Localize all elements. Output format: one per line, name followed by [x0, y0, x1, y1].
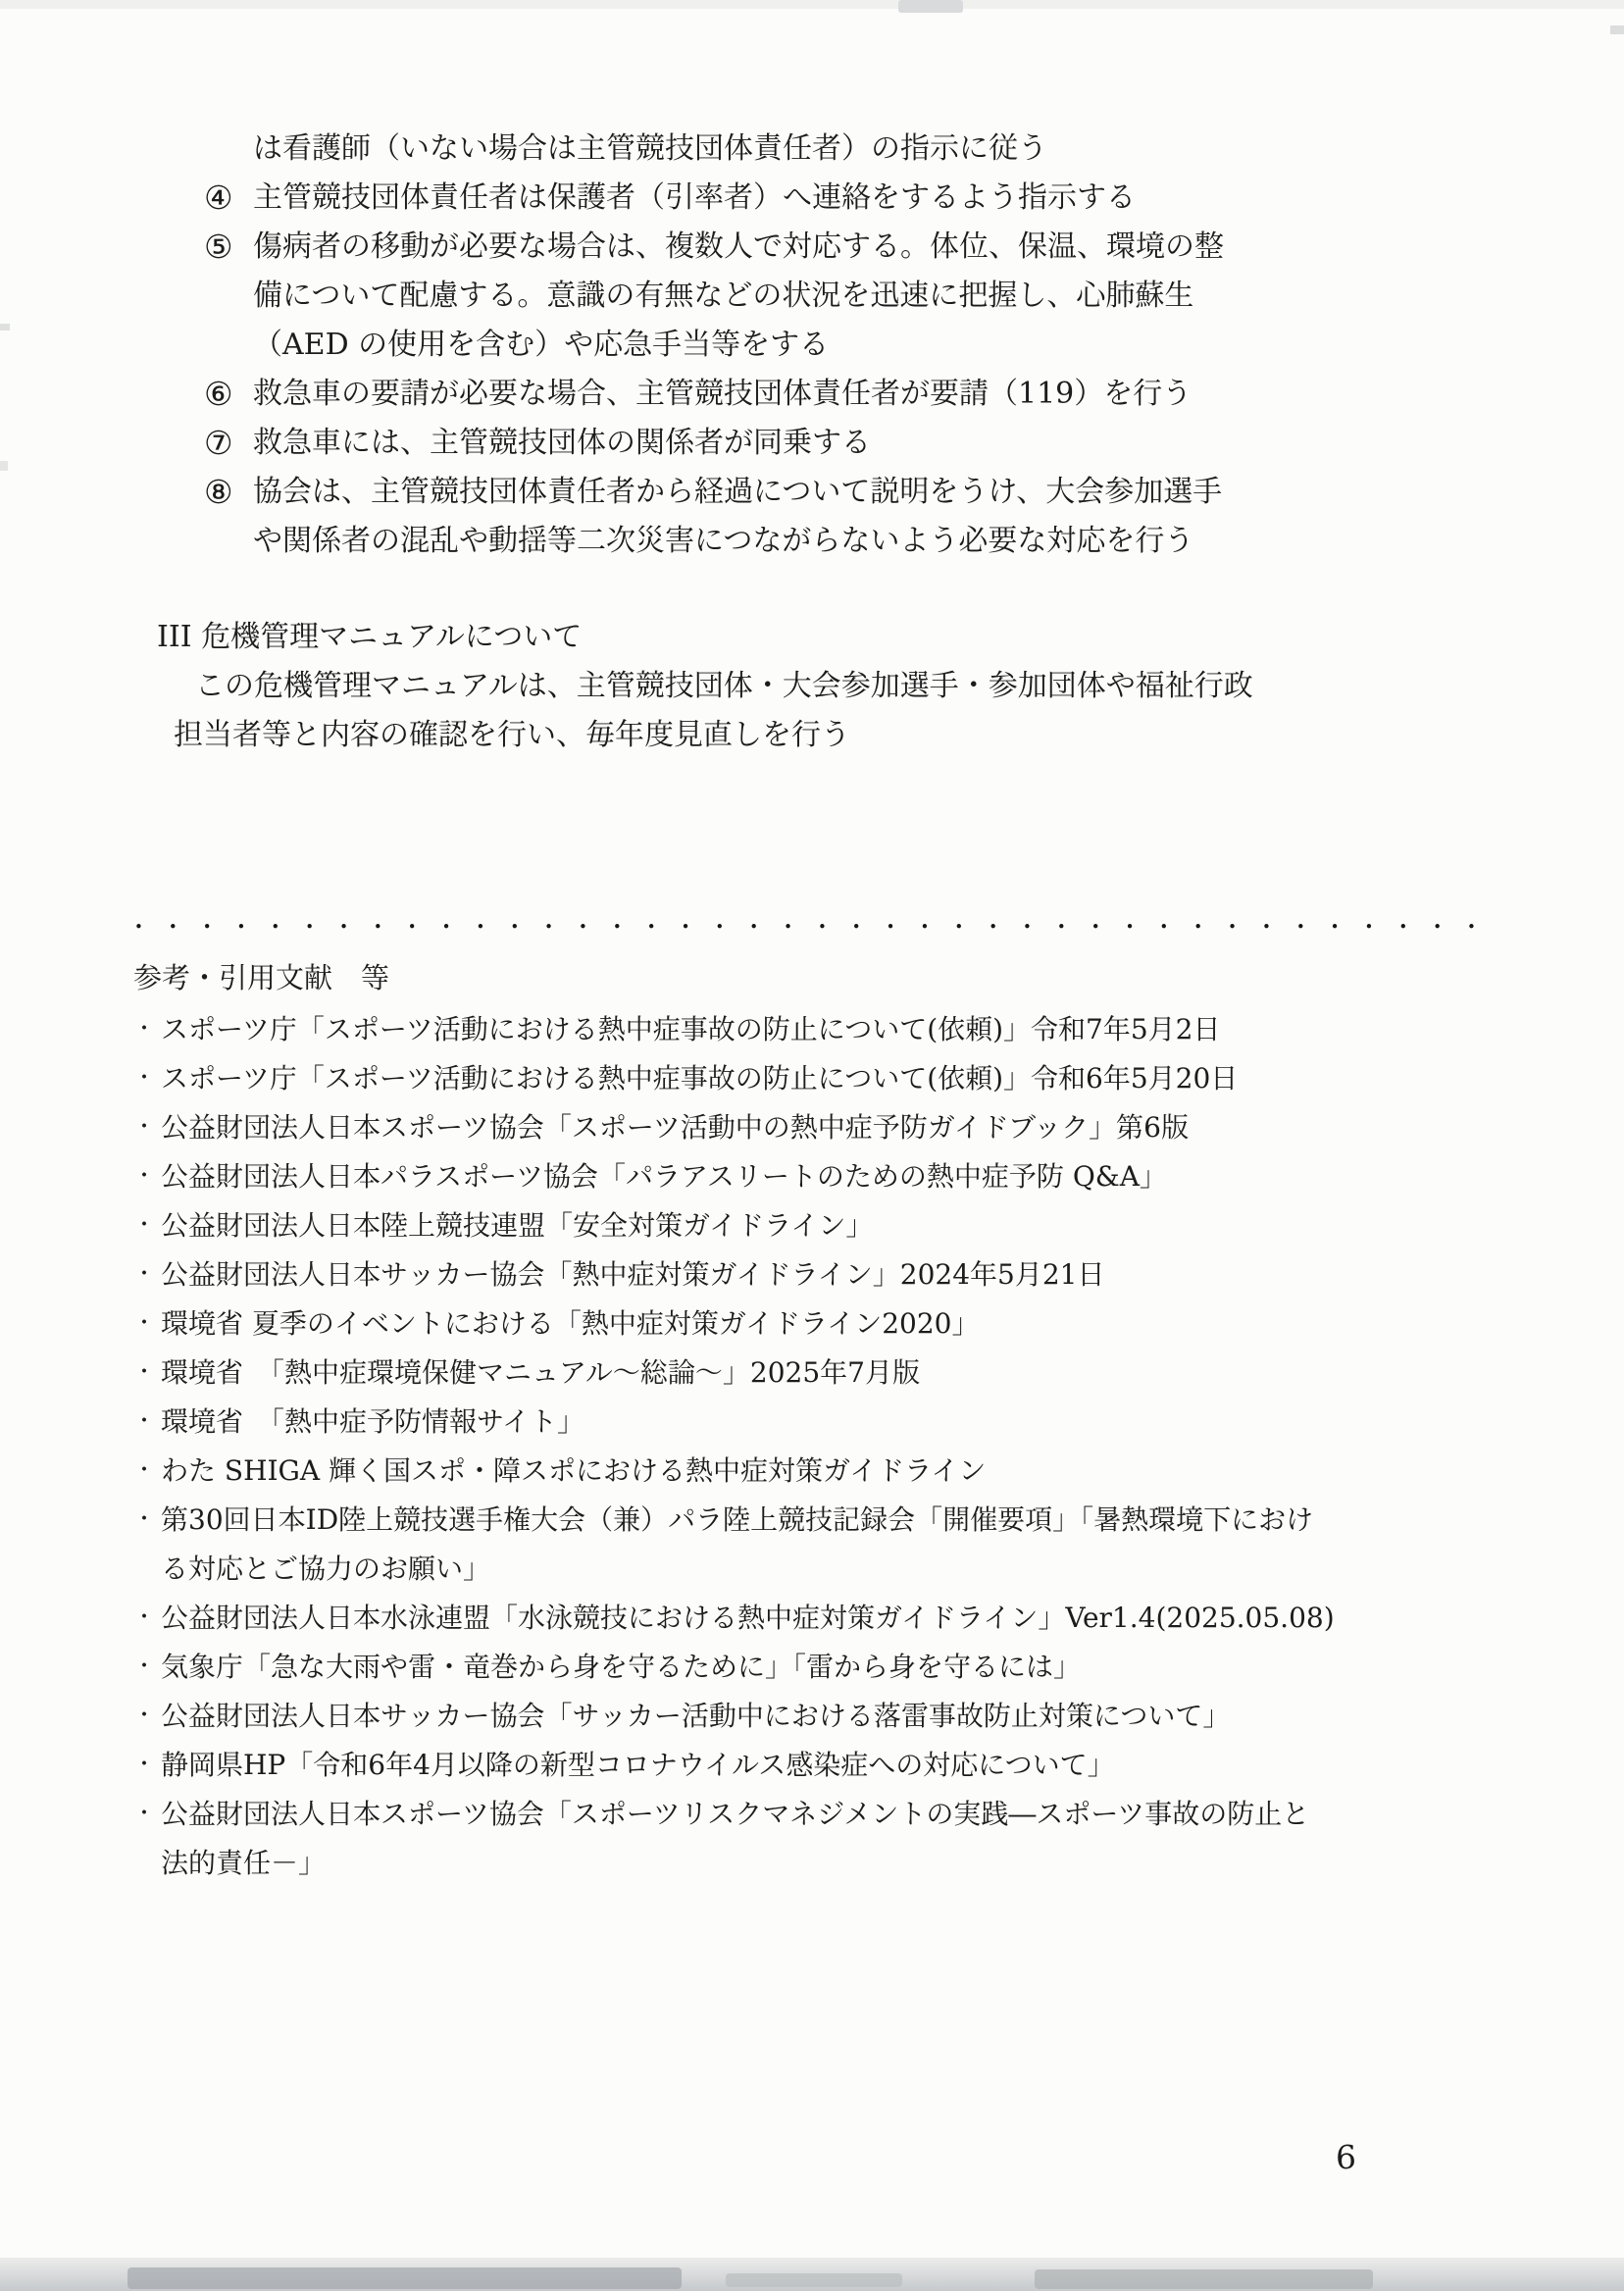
reference-item: ・ 公益財団法人日本パラスポーツ協会「パラアスリートのための熱中症予防 Q&A」	[0, 1152, 1624, 1201]
reference-item: ・ 環境省 夏季のイベントにおける「熱中症対策ガイドライン2020」	[0, 1299, 1624, 1349]
text-line: スポーツ庁「スポーツ活動における熱中症事故の防止について(依頼)」令和6年5月2…	[161, 1054, 1624, 1103]
text-line: 法的責任－」	[161, 1839, 1624, 1888]
text-line: 静岡県HP「令和6年4月以降の新型コロナウイルス感染症への対応について」	[161, 1741, 1624, 1790]
step-number-marker: ⑥	[204, 370, 233, 419]
scan-artifact-bottom-shadow	[1035, 2269, 1373, 2289]
text-line: や関係者の混乱や動揺等二次災害につながらないよう必要な対応を行う	[253, 517, 1624, 566]
reference-item: ・ 公益財団法人日本サッカー協会「熱中症対策ガイドライン」2024年5月21日	[0, 1250, 1624, 1299]
reference-text: わた SHIGA 輝く国スポ・障スポにおける熱中症対策ガイドライン	[161, 1447, 1624, 1496]
reference-text: 環境省 「熱中症予防情報サイト」	[161, 1398, 1624, 1447]
reference-text: 公益財団法人日本スポーツ協会「スポーツリスクマネジメントの実践―スポーツ事故の防…	[161, 1790, 1624, 1888]
step-number-marker: ⑧	[204, 468, 233, 517]
document-page: は看護師（いない場合は主管競技団体責任者）の指示に従う ④ 主管競技団体責任者は…	[0, 0, 1624, 2291]
reference-text: 静岡県HP「令和6年4月以降の新型コロナウイルス感染症への対応について」	[161, 1741, 1624, 1790]
reference-item: ・ 公益財団法人日本サッカー協会「サッカー活動中における落雷事故防止対策について…	[0, 1692, 1624, 1741]
section-crisis-manual: III 危機管理マニュアルについて この危機管理マニュアルは、主管競技団体・大会…	[0, 613, 1624, 760]
reference-bullet: ・	[133, 1299, 155, 1349]
page-number: 6	[1336, 2138, 1356, 2177]
reference-item: ・ 静岡県HP「令和6年4月以降の新型コロナウイルス感染症への対応について」	[0, 1741, 1624, 1790]
reference-text: 公益財団法人日本陸上競技連盟「安全対策ガイドライン」	[161, 1201, 1624, 1250]
step-number-marker: ⑤	[204, 223, 233, 272]
reference-bullet: ・	[133, 1250, 155, 1299]
text-line: 気象庁「急な大雨や雷・竜巻から身を守るために」「雷から身を守るには」	[161, 1643, 1624, 1692]
reference-bullet: ・	[133, 1741, 155, 1790]
reference-bullet: ・	[133, 1005, 155, 1054]
incident-step-item: ⑥ 救急車の要請が必要な場合、主管競技団体責任者が要請（119）を行う	[0, 370, 1624, 419]
reference-text: スポーツ庁「スポーツ活動における熱中症事故の防止について(依頼)」令和7年5月2…	[161, 1005, 1624, 1054]
step-text: は看護師（いない場合は主管競技団体責任者）の指示に従う	[253, 125, 1624, 174]
reference-item: ・ スポーツ庁「スポーツ活動における熱中症事故の防止について(依頼)」令和6年5…	[0, 1054, 1624, 1103]
reference-item: ・ 環境省 「熱中症予防情報サイト」	[0, 1398, 1624, 1447]
reference-item: ・ 公益財団法人日本スポーツ協会「スポーツ活動中の熱中症予防ガイドブック」第6版	[0, 1103, 1624, 1152]
text-line: わた SHIGA 輝く国スポ・障スポにおける熱中症対策ガイドライン	[161, 1447, 1624, 1496]
dotted-separator: ••••••••••••••••••••••••••••••••••••••••	[134, 918, 1501, 936]
step-text: 救急車の要請が必要な場合、主管競技団体責任者が要請（119）を行う	[253, 370, 1624, 419]
reference-bullet: ・	[133, 1447, 155, 1496]
text-line: 環境省 「熱中症環境保健マニュアル～総論～」2025年7月版	[161, 1349, 1624, 1398]
scan-artifact-bottom-shadow	[726, 2273, 902, 2287]
references-list: ・ スポーツ庁「スポーツ活動における熱中症事故の防止について(依頼)」令和7年5…	[0, 1005, 1624, 1888]
text-line: 公益財団法人日本サッカー協会「熱中症対策ガイドライン」2024年5月21日	[161, 1250, 1624, 1299]
reference-item: ・ 公益財団法人日本スポーツ協会「スポーツリスクマネジメントの実践―スポーツ事故…	[0, 1790, 1624, 1888]
incident-steps-list: は看護師（いない場合は主管競技団体責任者）の指示に従う ④ 主管競技団体責任者は…	[0, 125, 1624, 566]
incident-step-item: ⑤ 傷病者の移動が必要な場合は、複数人で対応する。体位、保温、環境の整備について…	[0, 223, 1624, 370]
step-number-marker: ⑦	[204, 419, 233, 468]
scan-artifact-right-mark	[1610, 25, 1624, 34]
reference-bullet: ・	[133, 1692, 155, 1741]
text-line: 救急車の要請が必要な場合、主管競技団体責任者が要請（119）を行う	[253, 370, 1624, 419]
reference-item: ・ 公益財団法人日本陸上競技連盟「安全対策ガイドライン」	[0, 1201, 1624, 1250]
text-line: スポーツ庁「スポーツ活動における熱中症事故の防止について(依頼)」令和7年5月2…	[161, 1005, 1624, 1054]
text-line: 第30回日本ID陸上競技選手権大会（兼）パラ陸上競技記録会「開催要項」「暑熱環境…	[161, 1496, 1624, 1545]
references-title: 参考・引用文献 等	[133, 953, 389, 1002]
reference-bullet: ・	[133, 1054, 155, 1103]
text-line: 公益財団法人日本サッカー協会「サッカー活動中における落雷事故防止対策について」	[161, 1692, 1624, 1741]
text-line: 救急車には、主管競技団体の関係者が同乗する	[253, 419, 1624, 468]
reference-bullet: ・	[133, 1643, 155, 1692]
step-text: 救急車には、主管競技団体の関係者が同乗する	[253, 419, 1624, 468]
reference-bullet: ・	[133, 1398, 155, 1447]
incident-step-item: ⑧ 協会は、主管競技団体責任者から経過について説明をうけ、大会参加選手や関係者の…	[0, 468, 1624, 566]
reference-item: ・ 環境省 「熱中症環境保健マニュアル～総論～」2025年7月版	[0, 1349, 1624, 1398]
text-line: （AED の使用を含む）や応急手当等をする	[253, 321, 1624, 370]
reference-item: ・ わた SHIGA 輝く国スポ・障スポにおける熱中症対策ガイドライン	[0, 1447, 1624, 1496]
text-line: 環境省 「熱中症予防情報サイト」	[161, 1398, 1624, 1447]
reference-text: 公益財団法人日本サッカー協会「サッカー活動中における落雷事故防止対策について」	[161, 1692, 1624, 1741]
text-line: 公益財団法人日本スポーツ協会「スポーツリスクマネジメントの実践―スポーツ事故の防…	[161, 1790, 1624, 1839]
reference-text: 公益財団法人日本サッカー協会「熱中症対策ガイドライン」2024年5月21日	[161, 1250, 1624, 1299]
text-line: は看護師（いない場合は主管競技団体責任者）の指示に従う	[253, 125, 1624, 174]
incident-step-item: ④ 主管競技団体責任者は保護者（引率者）へ連絡をするよう指示する	[0, 174, 1624, 223]
reference-item: ・ 公益財団法人日本水泳連盟「水泳競技における熱中症対策ガイドライン」Ver1.…	[0, 1594, 1624, 1643]
incident-step-item: ⑦ 救急車には、主管競技団体の関係者が同乗する	[0, 419, 1624, 468]
reference-text: 公益財団法人日本スポーツ協会「スポーツ活動中の熱中症予防ガイドブック」第6版	[161, 1103, 1624, 1152]
reference-text: 環境省 「熱中症環境保健マニュアル～総論～」2025年7月版	[161, 1349, 1624, 1398]
reference-item: ・ スポーツ庁「スポーツ活動における熱中症事故の防止について(依頼)」令和7年5…	[0, 1005, 1624, 1054]
step-text: 傷病者の移動が必要な場合は、複数人で対応する。体位、保温、環境の整備について配慮…	[253, 223, 1624, 370]
reference-bullet: ・	[133, 1103, 155, 1152]
text-line: 協会は、主管競技団体責任者から経過について説明をうけ、大会参加選手	[253, 468, 1624, 517]
reference-text: 気象庁「急な大雨や雷・竜巻から身を守るために」「雷から身を守るには」	[161, 1643, 1624, 1692]
reference-bullet: ・	[133, 1790, 155, 1839]
reference-bullet: ・	[133, 1201, 155, 1250]
reference-item: ・ 気象庁「急な大雨や雷・竜巻から身を守るために」「雷から身を守るには」	[0, 1643, 1624, 1692]
reference-text: スポーツ庁「スポーツ活動における熱中症事故の防止について(依頼)」令和6年5月2…	[161, 1054, 1624, 1103]
text-line: 公益財団法人日本スポーツ協会「スポーツ活動中の熱中症予防ガイドブック」第6版	[161, 1103, 1624, 1152]
text-line: る対応とご協力のお願い」	[161, 1545, 1624, 1594]
reference-bullet: ・	[133, 1152, 155, 1201]
text-line: この危機管理マニュアルは、主管競技団体・大会参加選手・参加団体や福祉行政	[174, 662, 1624, 711]
scan-artifact-bottom-shadow	[127, 2267, 682, 2289]
section-body-text: この危機管理マニュアルは、主管競技団体・大会参加選手・参加団体や福祉行政担当者等…	[0, 662, 1624, 760]
text-line: 公益財団法人日本パラスポーツ協会「パラアスリートのための熱中症予防 Q&A」	[161, 1152, 1624, 1201]
text-line: 備について配慮する。意識の有無などの状況を迅速に把握し、心肺蘇生	[253, 272, 1624, 321]
reference-bullet: ・	[133, 1594, 155, 1643]
text-line: 担当者等と内容の確認を行い、毎年度見直しを行う	[174, 711, 1624, 760]
reference-bullet: ・	[133, 1496, 155, 1545]
text-line: 環境省 夏季のイベントにおける「熱中症対策ガイドライン2020」	[161, 1299, 1624, 1349]
scan-artifact-top-strip	[0, 0, 1624, 9]
reference-text: 環境省 夏季のイベントにおける「熱中症対策ガイドライン2020」	[161, 1299, 1624, 1349]
incident-step-item: は看護師（いない場合は主管競技団体責任者）の指示に従う	[0, 125, 1624, 174]
section-heading: III 危機管理マニュアルについて	[0, 613, 1624, 662]
text-line: 傷病者の移動が必要な場合は、複数人で対応する。体位、保温、環境の整	[253, 223, 1624, 272]
reference-text: 第30回日本ID陸上競技選手権大会（兼）パラ陸上競技記録会「開催要項」「暑熱環境…	[161, 1496, 1624, 1594]
reference-text: 公益財団法人日本パラスポーツ協会「パラアスリートのための熱中症予防 Q&A」	[161, 1152, 1624, 1201]
scan-artifact-top-smudge	[898, 0, 963, 13]
reference-bullet: ・	[133, 1349, 155, 1398]
text-line: 公益財団法人日本陸上競技連盟「安全対策ガイドライン」	[161, 1201, 1624, 1250]
step-text: 協会は、主管競技団体責任者から経過について説明をうけ、大会参加選手や関係者の混乱…	[253, 468, 1624, 566]
reference-text: 公益財団法人日本水泳連盟「水泳競技における熱中症対策ガイドライン」Ver1.4(…	[161, 1594, 1624, 1643]
step-text: 主管競技団体責任者は保護者（引率者）へ連絡をするよう指示する	[253, 174, 1624, 223]
text-line: 主管競技団体責任者は保護者（引率者）へ連絡をするよう指示する	[253, 174, 1624, 223]
step-number-marker: ④	[204, 174, 233, 223]
reference-item: ・ 第30回日本ID陸上競技選手権大会（兼）パラ陸上競技記録会「開催要項」「暑熱…	[0, 1496, 1624, 1594]
text-line: 公益財団法人日本水泳連盟「水泳競技における熱中症対策ガイドライン」Ver1.4(…	[161, 1594, 1624, 1643]
